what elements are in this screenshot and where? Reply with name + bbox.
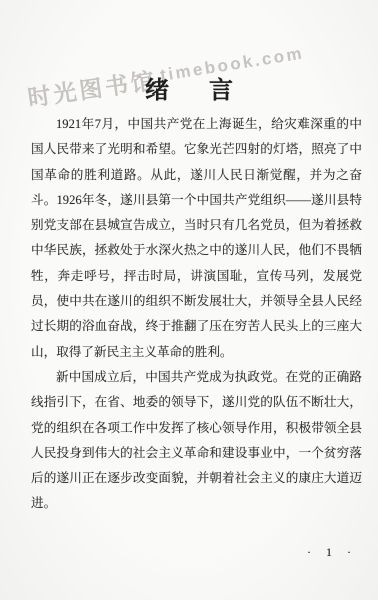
text-line: 山，取得了新民主主义革命的胜利。 xyxy=(31,340,362,365)
text-line: 线指引下，在省、地委的领导下，遂川党的队伍不断壮大， xyxy=(31,390,362,415)
text-line: 新中国成立后，中国共产党成为执政党。在党的正确路 xyxy=(31,365,362,390)
text-line: 1921年7月，中国共产党在上海诞生，给灾难深重的中 xyxy=(31,112,362,137)
text-line: 人民投身到伟大的社会主义革命和建设事业中，一个贫穷落 xyxy=(31,441,362,466)
page-title: 绪言 xyxy=(0,70,378,105)
text-line: 党的组织在各项工作中发挥了核心领导作用，积极带领全县 xyxy=(31,416,362,441)
text-line: 进。 xyxy=(31,491,362,516)
page-number: · 1 · xyxy=(307,545,357,560)
text-line: 后的遂川正在逐步改变面貌，并朝着社会主义的康庄大道迈 xyxy=(31,466,362,491)
body-text: 1921年7月，中国共产党在上海诞生，给灾难深重的中 国人民带来了光明和希望。它… xyxy=(31,112,362,517)
title-char-1: 绪 xyxy=(145,70,169,105)
text-line: 斗。1926年冬，遂川县第一个中国共产党组织——遂川县特 xyxy=(31,188,362,213)
scanned-book-page: 时光图书馆 timebook.com 绪言 1921年7月，中国共产党在上海诞生… xyxy=(0,0,378,600)
text-line: 牲，奔走呼号，抨击时局，讲演国耻，宣传马列，发展党 xyxy=(31,264,362,289)
text-line: 国人民带来了光明和希望。它象光芒四射的灯塔，照亮了中 xyxy=(31,137,362,162)
text-line: 别党支部在县城宣告成立，当时只有几名党员，但为着拯救 xyxy=(31,213,362,238)
title-char-2: 言 xyxy=(209,70,233,105)
text-line: 过长期的浴血奋战，终于推翻了压在穷苦人民头上的三座大 xyxy=(31,314,362,339)
text-line: 员，使中共在遂川的组织不断发展壮大，并领导全县人民经 xyxy=(31,289,362,314)
text-line: 中华民族，拯救处于水深火热之中的遂川人民，他们不畏牺 xyxy=(31,238,362,263)
text-line: 国革命的胜利道路。从此，遂川人民日渐觉醒，并为之奋 xyxy=(31,163,362,188)
